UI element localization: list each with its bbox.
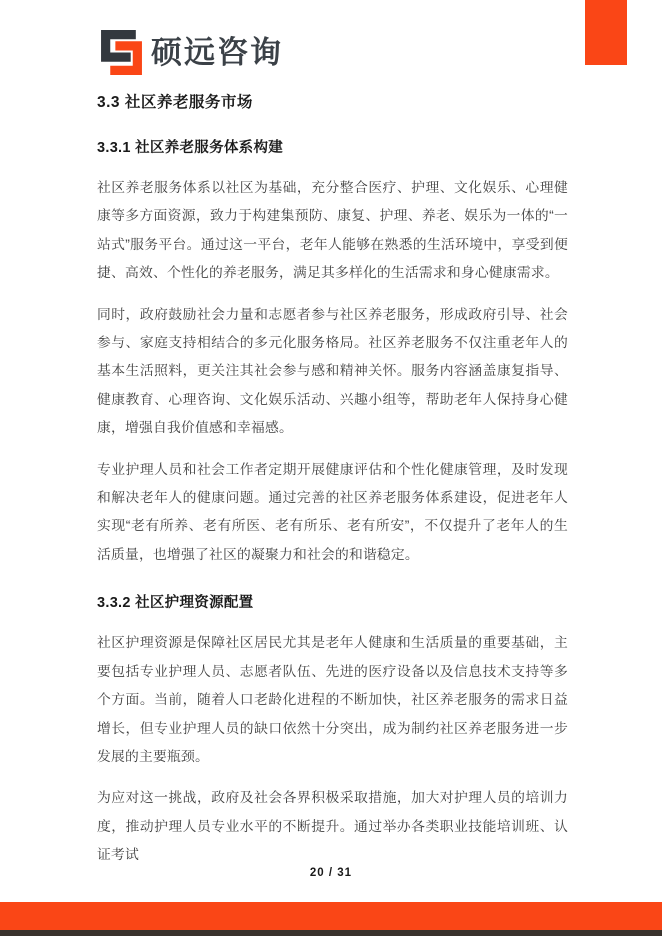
brand-corner-mark	[585, 0, 627, 65]
footer-dark-strip	[0, 930, 662, 936]
paragraph: 专业护理人员和社会工作者定期开展健康评估和个性化健康管理，及时发现和解决老年人的…	[97, 456, 568, 570]
report-page: 硕远咨询 3.3 社区养老服务市场 3.3.1 社区养老服务体系构建 社区养老服…	[0, 0, 662, 936]
brand-logo: 硕远咨询	[101, 30, 283, 75]
brand-wordmark: 硕远咨询	[151, 30, 283, 75]
paragraph: 同时，政府鼓励社会力量和志愿者参与社区养老服务，形成政府引导、社会参与、家庭支持…	[97, 301, 568, 443]
section-heading-3-3-2: 3.3.2 社区护理资源配置	[97, 593, 568, 613]
logo-monogram-icon	[101, 30, 142, 75]
page-number: 20 / 31	[0, 867, 662, 879]
paragraph: 为应对这一挑战，政府及社会各界积极采取措施，加大对护理人员的培训力度，推动护理人…	[97, 784, 568, 869]
chapter-title: 3.3 社区养老服务市场	[97, 92, 568, 113]
paragraph: 社区养老服务体系以社区为基础，充分整合医疗、护理、文化娱乐、心理健康等多方面资源…	[97, 174, 568, 288]
paragraph: 社区护理资源是保障社区居民尤其是老年人健康和生活质量的重要基础，主要包括专业护理…	[97, 629, 568, 771]
document-content: 3.3 社区养老服务市场 3.3.1 社区养老服务体系构建 社区养老服务体系以社…	[97, 75, 568, 870]
section-heading-3-3-1: 3.3.1 社区养老服务体系构建	[97, 138, 568, 158]
footer-accent-bar	[0, 902, 662, 930]
